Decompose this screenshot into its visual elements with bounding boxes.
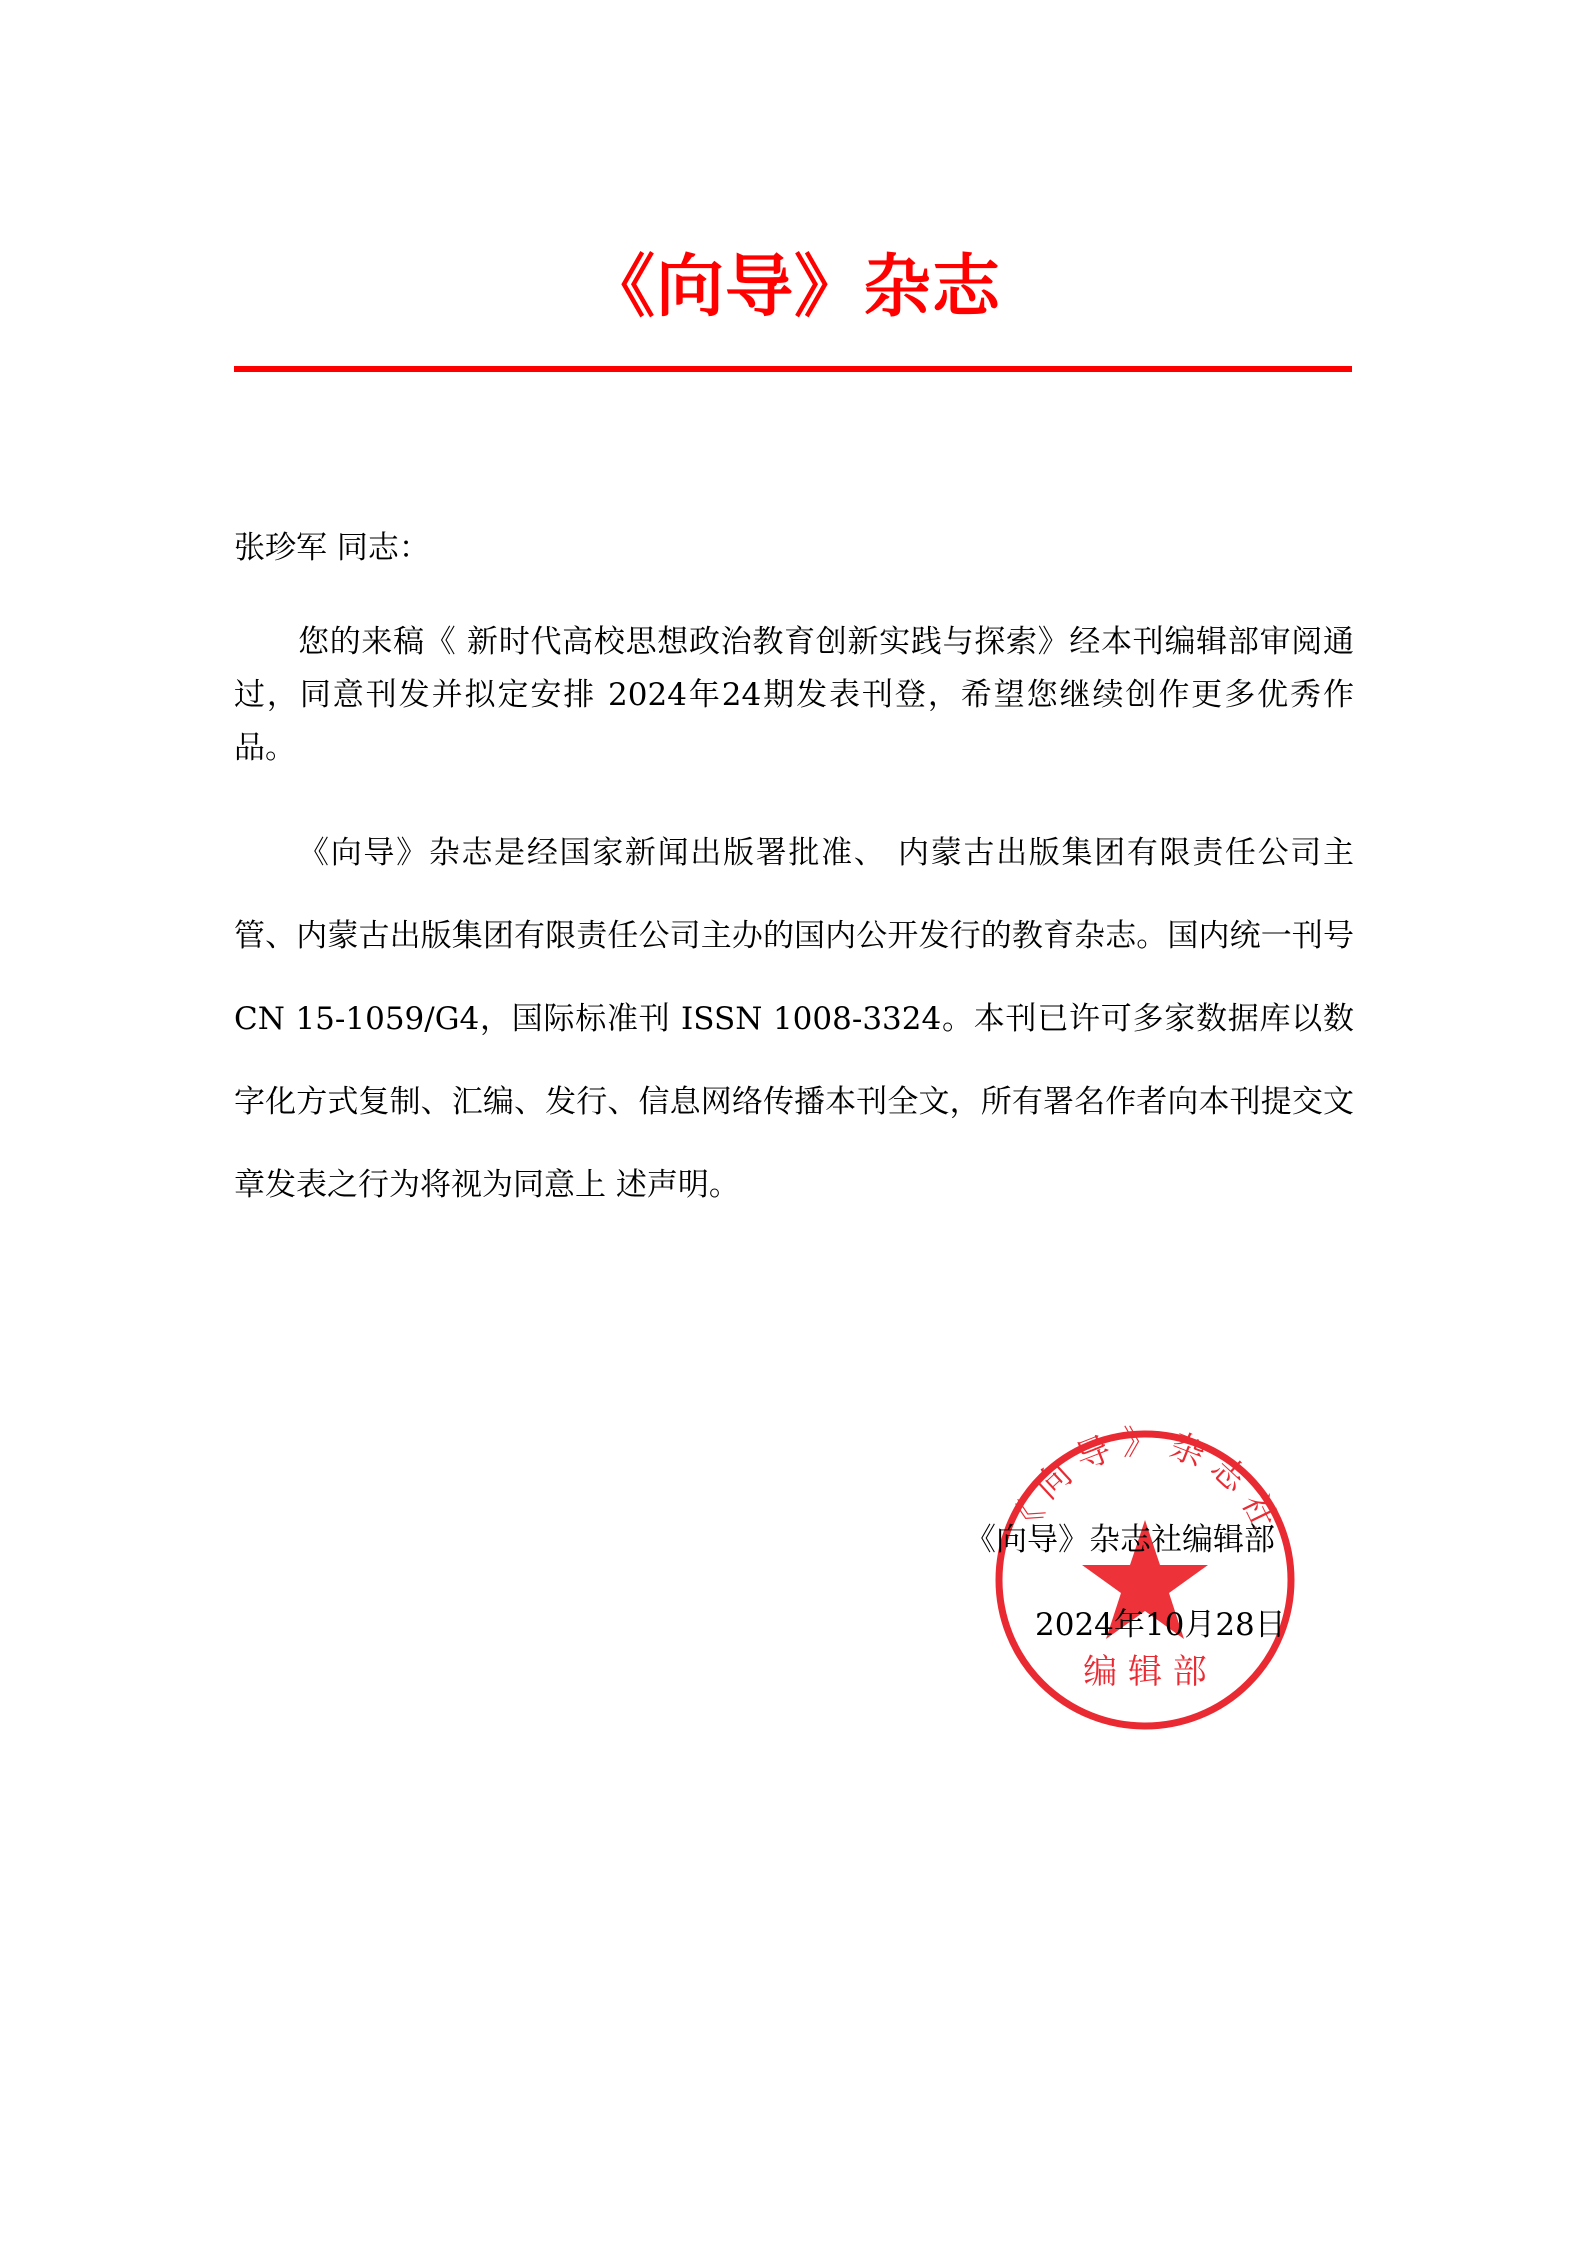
journal-info-paragraph: 《向导》杂志是经国家新闻出版署批准、 内蒙古出版集团有限责任公司主管、内蒙古出版…: [234, 812, 1354, 1227]
official-seal-icon: 《向导》杂志社 编 辑 部: [990, 1425, 1300, 1735]
masthead-title: 《向导》杂志: [0, 248, 1588, 328]
svg-text:编 辑 部: 编 辑 部: [1083, 1652, 1207, 1692]
letter-date: 2024年10月28日: [1035, 1605, 1286, 1645]
header-divider: [234, 366, 1352, 372]
salutation: 张珍军 同志：: [234, 528, 430, 568]
acceptance-paragraph: 您的来稿《 新时代高校思想政治教育创新实践与探索》经本刊编辑部审阅通过，同意刊发…: [234, 616, 1354, 775]
signature-line: 《向导》杂志社编辑部: [965, 1520, 1275, 1560]
